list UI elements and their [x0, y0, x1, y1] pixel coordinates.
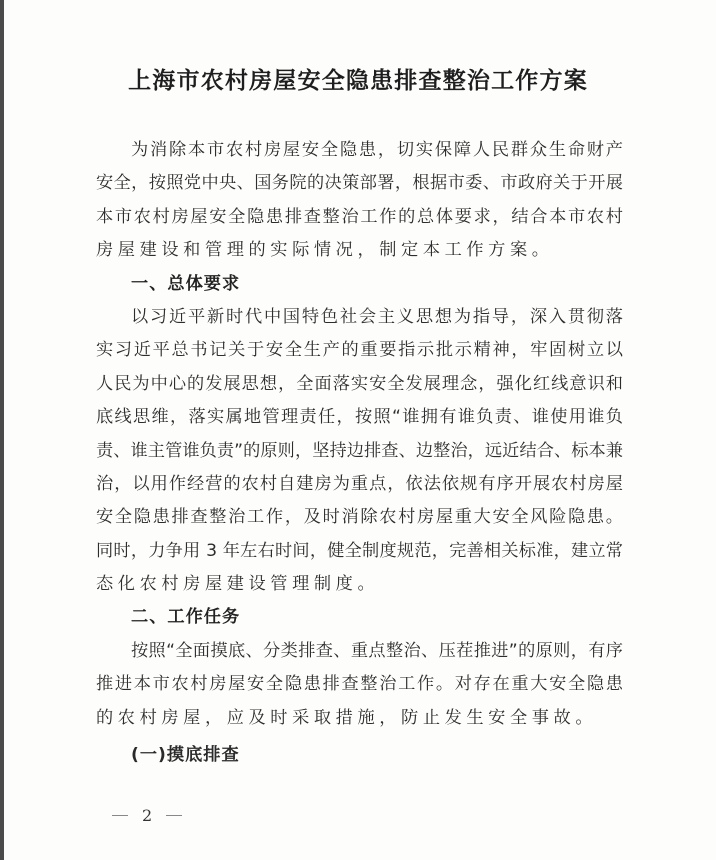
text-line: 同时，力争用 3 年左右时间，健全制度规范，完善相关标准，建立常 — [96, 535, 623, 568]
section-paragraph: 以习近平新时代中国特色社会主义思想为指导，深入贯彻落 实习近平总书记关于安全生产… — [96, 301, 623, 602]
dash-left — [112, 815, 128, 816]
text-line: 以习近平新时代中国特色社会主义思想为指导，深入贯彻落 — [96, 301, 623, 334]
document-title: 上海市农村房屋安全隐患排查整治工作方案 — [0, 62, 716, 95]
text-line: 底线思维，落实属地管理责任，按照“谁拥有谁负责、谁使用谁负 — [96, 401, 623, 434]
text-line: 安全，按照党中央、国务院的决策部署，根据市委、市政府关于开展 — [96, 167, 623, 200]
text-line: 房屋建设和管理的实际情况，制定本工作方案。 — [96, 234, 623, 267]
text-line: 本市农村房屋安全隐患排查整治工作的总体要求，结合本市农村 — [96, 201, 623, 234]
dash-right — [166, 815, 182, 816]
intro-paragraph: 为消除本市农村房屋安全隐患，切实保障人民群众生命财产 安全，按照党中央、国务院的… — [96, 134, 623, 268]
text-line: 按照“全面摸底、分类排查、重点整治、压茬推进”的原则，有序 — [96, 635, 623, 668]
text-line: 实习近平总书记关于安全生产的重要指示批示精神，牢固树立以 — [96, 334, 623, 367]
section-heading: 二、工作任务 — [96, 601, 623, 634]
text-line: 安全隐患排查整治工作，及时消除农村房屋重大安全风险隐患。 — [96, 501, 623, 534]
text-line: 的农村房屋，应及时采取措施，防止发生安全事故。 — [96, 702, 623, 735]
section-paragraph: 按照“全面摸底、分类排查、重点整治、压茬推进”的原则，有序 推进本市农村房屋安全… — [96, 635, 623, 735]
text-line: 推进本市农村房屋安全隐患排查整治工作。对存在重大安全隐患 — [96, 668, 623, 701]
section-heading: 一、总体要求 — [96, 268, 623, 301]
page-number: 2 — [112, 806, 182, 825]
text-line: 为消除本市农村房屋安全隐患，切实保障人民群众生命财产 — [96, 134, 623, 167]
text-line: 态化农村房屋建设管理制度。 — [96, 568, 623, 601]
subsection-heading: (一)摸底排查 — [96, 739, 623, 772]
document-body: 为消除本市农村房屋安全隐患，切实保障人民群众生命财产 安全，按照党中央、国务院的… — [96, 134, 623, 772]
text-line: 人民为中心的发展思想，全面落实安全发展理念，强化红线意识和 — [96, 368, 623, 401]
text-line: 治，以用作经营的农村自建房为重点，依法依规有序开展农村房屋 — [96, 468, 623, 501]
page-number-value: 2 — [142, 806, 152, 825]
document-page: 上海市农村房屋安全隐患排查整治工作方案 为消除本市农村房屋安全隐患，切实保障人民… — [0, 0, 716, 860]
text-line: 责、谁主管谁负责”的原则，坚持边排查、边整治，远近结合、标本兼 — [96, 435, 623, 468]
